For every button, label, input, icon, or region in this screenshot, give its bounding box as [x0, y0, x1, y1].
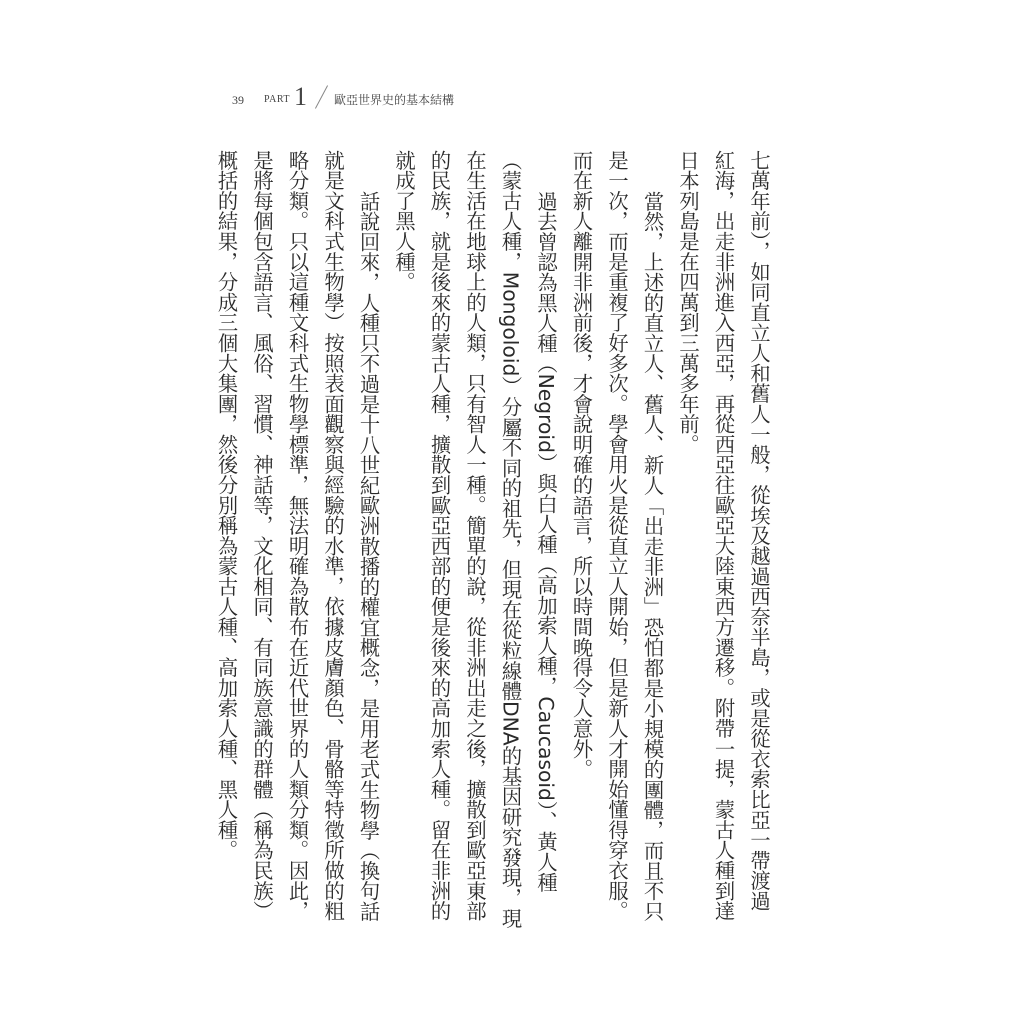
header-divider-slash	[315, 85, 328, 108]
paragraph: 話說回來，人種只不過是十八世紀歐洲散播的權宜概念，是用老式生物學（換句話就是文科…	[208, 150, 386, 930]
paragraph: 當然，上述的直立人、舊人、新人「出走非洲」恐怕都是小規模的團體，而且不只是一次，…	[563, 150, 670, 930]
part-label: PART	[264, 90, 290, 110]
page-number: 39	[232, 90, 244, 110]
paragraph: 過去曾認為黑人種（Negroid）與白人種（高加索人種，Caucasoid）、黃…	[386, 150, 564, 930]
paragraph: 七萬年前），如同直立人和舊人一般，從埃及越過西奈半島，或是從衣索比亞一帶渡過紅海…	[670, 150, 777, 930]
part-number: 1	[294, 84, 307, 110]
running-header: 39 PART 1 歐亞世界史的基本結構	[232, 80, 454, 110]
chapter-title: 歐亞世界史的基本結構	[334, 90, 454, 110]
vertical-body-text: 七萬年前），如同直立人和舊人一般，從埃及越過西奈半島，或是從衣索比亞一帶渡過紅海…	[208, 150, 776, 930]
